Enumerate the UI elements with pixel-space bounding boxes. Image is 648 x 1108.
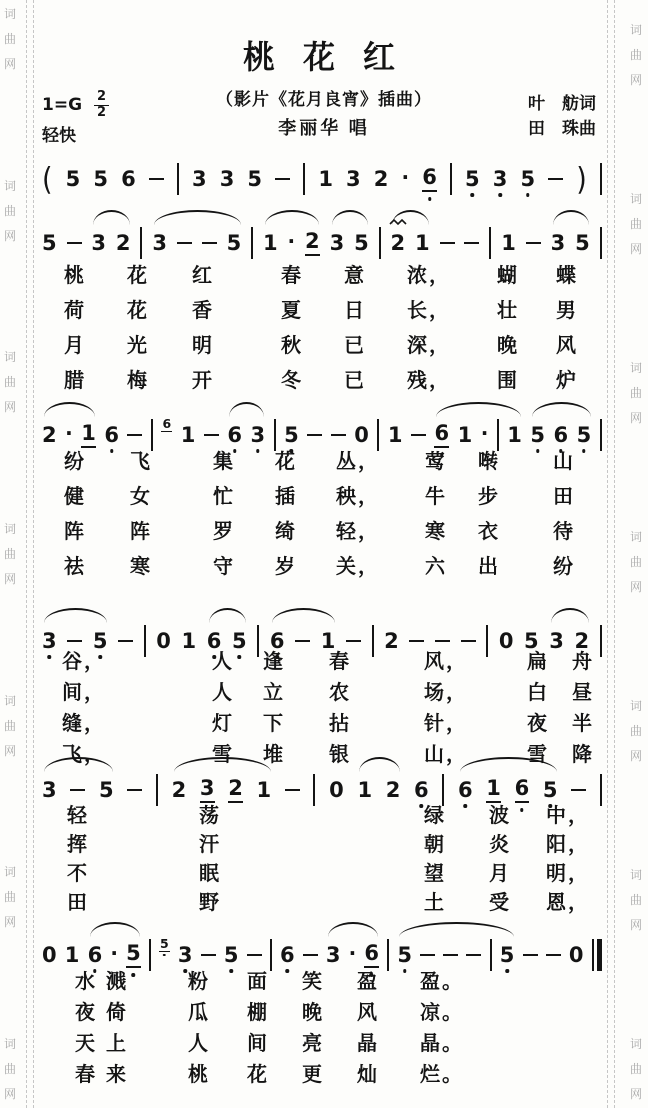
lyric-syllable: 红 bbox=[192, 266, 214, 286]
augmentation-dot: · bbox=[288, 231, 296, 251]
duration-dash bbox=[411, 434, 426, 437]
lyric-syllable: 盈。 bbox=[420, 972, 464, 992]
low-octave-dot bbox=[526, 193, 530, 197]
lyric-syllable: 昼 bbox=[572, 683, 594, 703]
lyric-syllable: 光 bbox=[127, 336, 149, 356]
lyric-syllable: 祛 bbox=[64, 557, 86, 577]
duration-dash bbox=[247, 954, 262, 957]
barline bbox=[151, 419, 153, 451]
lyric-syllable: 波 bbox=[489, 806, 511, 826]
slur-arc bbox=[44, 402, 95, 417]
lyric-syllable: 拈 bbox=[329, 714, 351, 734]
lyric-syllable: 香 bbox=[192, 301, 214, 321]
lyric-syllable: 针， bbox=[424, 714, 468, 734]
music-line: (556335132·6535) bbox=[42, 142, 602, 198]
song-title: 桃 花 红 bbox=[0, 32, 648, 78]
low-octave-dot bbox=[464, 804, 468, 808]
watermark-char: 词 bbox=[4, 180, 16, 192]
watermark-char: 网 bbox=[4, 58, 16, 70]
grace-note: 6 bbox=[161, 418, 172, 433]
lyric-syllable: 风， bbox=[424, 652, 468, 672]
note: 5 bbox=[93, 169, 108, 190]
watermark-text: 词曲网 bbox=[630, 531, 642, 593]
note: 0 bbox=[42, 945, 57, 966]
barline bbox=[140, 227, 142, 259]
lyric-syllable: 长， bbox=[407, 301, 451, 321]
barline bbox=[442, 774, 444, 806]
duration-dash bbox=[275, 178, 290, 181]
lyric-syllable: 花 bbox=[275, 452, 297, 472]
lyric-syllable: 场， bbox=[424, 683, 468, 703]
duration-dash bbox=[546, 954, 561, 957]
note: 6 bbox=[414, 780, 429, 801]
lyric-syllable: 春 bbox=[329, 652, 351, 672]
lyric-syllable: 夏 bbox=[281, 301, 303, 321]
lyric-syllable: 阵 bbox=[64, 522, 86, 542]
sheet-music-page: 词曲网词曲网词曲网词曲网词曲网词曲网词曲网 词曲网词曲网词曲网词曲网词曲网词曲网… bbox=[0, 0, 648, 1108]
note: 1 bbox=[415, 233, 430, 254]
barline bbox=[313, 774, 315, 806]
duration-dash bbox=[204, 434, 219, 437]
lyric-syllable: 缝， bbox=[62, 714, 106, 734]
lyric-syllable: 桃 bbox=[188, 1065, 210, 1085]
note: 3 bbox=[250, 425, 265, 446]
duration-dash bbox=[149, 178, 164, 181]
lyric-syllable: 绿 bbox=[424, 806, 446, 826]
watermark-divider bbox=[614, 0, 615, 1108]
slur-arc bbox=[332, 210, 368, 225]
lyric-syllable: 田 bbox=[553, 487, 575, 507]
lyric-syllable: 月 bbox=[489, 864, 511, 884]
lyric-syllable: 灿 bbox=[357, 1065, 379, 1085]
lyric-syllable: 花 bbox=[127, 266, 149, 286]
lyric-syllable: 残， bbox=[407, 371, 451, 391]
lyric-syllable: 风 bbox=[357, 1003, 379, 1023]
slur-arc bbox=[553, 210, 589, 225]
watermark-char: 网 bbox=[4, 573, 16, 585]
note: 3 bbox=[42, 631, 57, 652]
watermark-char: 词 bbox=[630, 531, 642, 543]
lyric-syllable: 炎 bbox=[489, 835, 511, 855]
slur-arc bbox=[93, 210, 130, 225]
note: 1 bbox=[65, 945, 80, 966]
note: 6 bbox=[458, 780, 473, 801]
notation-row: 3501656120532 bbox=[42, 624, 602, 658]
lyric-syllable: 间 bbox=[247, 1034, 269, 1054]
music-line: 3501656120532 bbox=[42, 604, 602, 660]
slur-arc bbox=[359, 757, 400, 772]
watermark-char: 词 bbox=[630, 362, 642, 374]
lyric-syllable: 白 bbox=[527, 683, 549, 703]
watermark-char: 网 bbox=[4, 401, 16, 413]
barline bbox=[379, 227, 381, 259]
slur-arc bbox=[229, 402, 264, 417]
watermark-char: 网 bbox=[4, 916, 16, 928]
note: 6 bbox=[104, 425, 119, 446]
lyric-syllable: 下 bbox=[263, 714, 285, 734]
lyric-syllable: 恩， bbox=[546, 893, 590, 913]
augmentation-dot: · bbox=[481, 423, 489, 443]
lyric-syllable: 牛 bbox=[425, 487, 447, 507]
note: 5 bbox=[543, 780, 558, 801]
slur-arc bbox=[392, 210, 429, 225]
lyric-syllable: 阳， bbox=[546, 835, 590, 855]
note: 6 bbox=[434, 423, 449, 448]
lyric-syllable: 来 bbox=[106, 1065, 128, 1085]
lyric-syllable: 立 bbox=[263, 683, 285, 703]
note: 3 bbox=[220, 169, 235, 190]
watermark-divider bbox=[607, 0, 608, 1108]
watermark-char: 曲 bbox=[630, 894, 642, 906]
slur-arc bbox=[399, 922, 514, 937]
lyric-syllable: 逢 bbox=[263, 652, 285, 672]
low-octave-dot bbox=[420, 804, 424, 808]
note: 0 bbox=[569, 945, 584, 966]
lyric-syllable: 中， bbox=[546, 806, 590, 826]
note: 1 bbox=[182, 631, 197, 652]
note: 1 bbox=[318, 169, 333, 190]
lyric-syllable: 粉 bbox=[188, 972, 210, 992]
final-barline-thick bbox=[597, 939, 602, 971]
lyric-syllable: 明 bbox=[192, 336, 214, 356]
lyric-syllable: 土 bbox=[424, 893, 446, 913]
barline bbox=[600, 774, 602, 806]
watermark-text: 词曲网 bbox=[4, 180, 16, 242]
music-line: 532351·23521135 bbox=[42, 206, 602, 262]
watermark-text: 词曲网 bbox=[630, 700, 642, 762]
lyric-syllable: 晶 bbox=[357, 1034, 379, 1054]
barline bbox=[387, 939, 389, 971]
watermark-char: 词 bbox=[630, 193, 642, 205]
slur-arc bbox=[551, 608, 589, 623]
duration-dash bbox=[443, 954, 458, 957]
lyric-syllable: 寒 bbox=[425, 522, 447, 542]
lyric-syllable: 舟 bbox=[572, 652, 594, 672]
notation-row: 2·16616350161·1565 bbox=[42, 418, 602, 452]
duration-dash bbox=[67, 640, 82, 643]
note: 5 bbox=[224, 945, 239, 966]
watermark-char: 网 bbox=[630, 243, 642, 255]
lyric-syllable: 花 bbox=[127, 301, 149, 321]
watermark-text: 词曲网 bbox=[630, 193, 642, 255]
slur-arc bbox=[532, 402, 591, 417]
lyric-syllable: 扁 bbox=[527, 652, 549, 672]
lyric-syllable: 人 bbox=[212, 683, 234, 703]
parenthesis: ) bbox=[576, 163, 587, 194]
watermark-text: 词曲网 bbox=[4, 695, 16, 757]
barline bbox=[257, 625, 259, 657]
note: 6 bbox=[422, 167, 437, 192]
barline bbox=[149, 939, 151, 971]
note: 6 bbox=[121, 169, 136, 190]
lyric-syllable: 荡 bbox=[199, 806, 221, 826]
lyric-syllable: 田 bbox=[67, 893, 89, 913]
note: 5 bbox=[397, 945, 412, 966]
lyric-syllable: 山 bbox=[553, 452, 575, 472]
duration-dash bbox=[548, 178, 563, 181]
note: 3 bbox=[551, 233, 566, 254]
lyric-syllable: 人 bbox=[212, 652, 234, 672]
note: 2 bbox=[390, 233, 405, 254]
barline bbox=[144, 625, 146, 657]
lyric-syllable: 野 bbox=[199, 893, 221, 913]
note: 5 bbox=[465, 169, 480, 190]
note: 3 bbox=[493, 169, 508, 190]
watermark-char: 曲 bbox=[630, 218, 642, 230]
watermark-char: 词 bbox=[4, 523, 16, 535]
watermark-text: 词曲网 bbox=[4, 523, 16, 585]
note: 2 bbox=[384, 631, 399, 652]
barline bbox=[600, 227, 602, 259]
lyric-syllable: 人 bbox=[188, 1034, 210, 1054]
lyric-syllable: 眠 bbox=[199, 864, 221, 884]
barline bbox=[270, 939, 272, 971]
note: 1 bbox=[181, 425, 196, 446]
low-octave-dot bbox=[238, 655, 242, 659]
lyric-syllable: 晚 bbox=[497, 336, 519, 356]
watermark-text: 词曲网 bbox=[4, 866, 16, 928]
lyric-syllable: 堆 bbox=[263, 745, 285, 765]
barline bbox=[372, 625, 374, 657]
barline bbox=[450, 163, 452, 195]
watermark-char: 网 bbox=[630, 750, 642, 762]
low-octave-dot bbox=[520, 808, 524, 812]
note: 1 bbox=[388, 425, 403, 446]
watermark-char: 曲 bbox=[4, 548, 16, 560]
duration-dash bbox=[127, 789, 142, 792]
lyric-syllable: 晚 bbox=[302, 1003, 324, 1023]
note: 5 bbox=[66, 169, 81, 190]
lyric-syllable: 蝶 bbox=[556, 266, 578, 286]
final-barline bbox=[592, 939, 602, 971]
barline bbox=[489, 227, 491, 259]
lyric-syllable: 男 bbox=[556, 301, 578, 321]
lyric-syllable: 开 bbox=[192, 371, 214, 391]
note: 5 bbox=[126, 943, 141, 968]
music-line: 016·553563·6550 bbox=[42, 918, 602, 974]
lyric-syllable: 秧， bbox=[336, 487, 380, 507]
lyric-syllable: 莺 bbox=[425, 452, 447, 472]
watermark-char: 曲 bbox=[4, 720, 16, 732]
lyric-syllable: 降 bbox=[572, 745, 594, 765]
watermark-divider bbox=[26, 0, 27, 1108]
lyric-syllable: 日 bbox=[344, 301, 366, 321]
note: 3 bbox=[91, 233, 106, 254]
duration-dash bbox=[571, 789, 586, 792]
note: 2 bbox=[305, 231, 320, 256]
note: 2 bbox=[172, 780, 187, 801]
low-octave-dot bbox=[48, 655, 52, 659]
note: 5 bbox=[247, 169, 262, 190]
lyric-syllable: 花 bbox=[247, 1065, 269, 1085]
barline bbox=[600, 419, 602, 451]
lyric-syllable: 溅 bbox=[106, 972, 128, 992]
watermark-char: 词 bbox=[4, 866, 16, 878]
note: 6 bbox=[88, 945, 103, 966]
slur-arc bbox=[436, 402, 521, 417]
note: 6 bbox=[364, 943, 379, 968]
low-octave-dot bbox=[132, 973, 136, 977]
low-octave-dot bbox=[163, 954, 166, 957]
lyric-syllable: 朝 bbox=[424, 835, 446, 855]
barline bbox=[600, 625, 602, 657]
watermark-char: 网 bbox=[630, 919, 642, 931]
duration-dash bbox=[461, 640, 476, 643]
watermark-char: 曲 bbox=[630, 556, 642, 568]
note: 6 bbox=[280, 945, 295, 966]
note: 2 bbox=[116, 233, 131, 254]
watermark-text: 词曲网 bbox=[630, 362, 642, 424]
lyric-syllable: 轻， bbox=[336, 522, 380, 542]
lyric-syllable: 健 bbox=[64, 487, 86, 507]
duration-dash bbox=[67, 242, 82, 245]
low-octave-dot bbox=[471, 193, 475, 197]
slur-arc bbox=[328, 922, 378, 937]
augmentation-dot: · bbox=[401, 167, 409, 187]
lyric-syllable: 出 bbox=[478, 557, 500, 577]
watermark-char: 曲 bbox=[630, 725, 642, 737]
note: 3 bbox=[178, 945, 193, 966]
note: 1 bbox=[501, 233, 516, 254]
watermark-char: 词 bbox=[4, 1038, 16, 1050]
watermark-char: 词 bbox=[4, 695, 16, 707]
duration-dash bbox=[435, 640, 450, 643]
watermark-char: 网 bbox=[630, 412, 642, 424]
lyric-syllable: 岁 bbox=[275, 557, 297, 577]
lyric-syllable: 盈 bbox=[357, 972, 379, 992]
watermark-char: 词 bbox=[630, 1038, 642, 1050]
watermark-char: 网 bbox=[4, 1088, 16, 1100]
lyric-syllable: 春 bbox=[281, 266, 303, 286]
note: 1 bbox=[357, 780, 372, 801]
lyric-syllable: 夜 bbox=[75, 1003, 97, 1023]
lyric-syllable: 棚 bbox=[247, 1003, 269, 1023]
lyric-syllable: 关， bbox=[336, 557, 380, 577]
lyric-syllable: 挥 bbox=[67, 835, 89, 855]
lyric-syllable: 不 bbox=[67, 864, 89, 884]
notation-row: 016·553563·6550 bbox=[42, 938, 602, 972]
lyric-syllable: 啭 bbox=[478, 452, 500, 472]
lyric-syllable: 夜 bbox=[527, 714, 549, 734]
lyric-syllable: 山， bbox=[424, 745, 468, 765]
notation-row: (556335132·6535) bbox=[42, 162, 602, 196]
lyric-syllable: 月 bbox=[64, 336, 86, 356]
watermark-char: 网 bbox=[4, 745, 16, 757]
watermark-char: 曲 bbox=[4, 33, 16, 45]
lyric-syllable: 守 bbox=[213, 557, 235, 577]
duration-dash bbox=[331, 434, 346, 437]
watermark-char: 词 bbox=[630, 24, 642, 36]
lyric-syllable: 待 bbox=[553, 522, 575, 542]
low-octave-dot bbox=[498, 193, 502, 197]
barline bbox=[251, 227, 253, 259]
note: 2 bbox=[575, 631, 590, 652]
notation-row: 532351·23521135 bbox=[42, 226, 602, 260]
note: 1 bbox=[321, 631, 336, 652]
low-octave-dot bbox=[403, 969, 407, 973]
time-signature-numerator: 2 bbox=[94, 90, 109, 106]
watermark-char: 曲 bbox=[4, 205, 16, 217]
lyric-syllable: 荷 bbox=[64, 301, 86, 321]
lyric-syllable: 灯 bbox=[212, 714, 234, 734]
low-octave-dot bbox=[183, 969, 187, 973]
lyric-syllable: 壮 bbox=[497, 301, 519, 321]
note: 3 bbox=[152, 233, 167, 254]
watermark-char: 网 bbox=[630, 1088, 642, 1100]
slur-arc bbox=[44, 608, 107, 623]
lyric-syllable: 六 bbox=[425, 557, 447, 577]
note: 5 bbox=[284, 425, 299, 446]
barline bbox=[274, 419, 276, 451]
music-line: 35232101266165 bbox=[42, 753, 602, 809]
lyric-syllable: 雪 bbox=[212, 745, 234, 765]
duration-dash bbox=[285, 789, 300, 792]
lyric-syllable: 春 bbox=[75, 1065, 97, 1085]
duration-dash bbox=[466, 954, 481, 957]
duration-dash bbox=[420, 954, 435, 957]
note: 0 bbox=[329, 780, 344, 801]
slur-arc bbox=[265, 210, 319, 225]
watermark-text: 词曲网 bbox=[630, 869, 642, 931]
lyric-syllable: 纷 bbox=[553, 557, 575, 577]
music-line: 2·16616350161·1565 bbox=[42, 398, 602, 454]
low-octave-dot bbox=[582, 449, 586, 453]
watermark-char: 网 bbox=[630, 581, 642, 593]
duration-dash bbox=[307, 434, 322, 437]
barline bbox=[377, 419, 379, 451]
barline bbox=[177, 163, 179, 195]
watermark-text: 词曲网 bbox=[4, 351, 16, 413]
lyric-syllable: 更 bbox=[302, 1065, 324, 1085]
lyric-syllable: 插 bbox=[275, 487, 297, 507]
lyric-syllable: 银 bbox=[329, 745, 351, 765]
lyric-syllable: 轻 bbox=[67, 806, 89, 826]
note: 0 bbox=[156, 631, 171, 652]
lyricist-credit: 叶 舫词 bbox=[528, 92, 596, 117]
note: 6 bbox=[515, 778, 530, 803]
lyric-syllable: 汗 bbox=[199, 835, 221, 855]
lyric-syllable: 女 bbox=[130, 487, 152, 507]
augmentation-dot: · bbox=[65, 423, 73, 443]
note: 5 bbox=[227, 233, 242, 254]
lyric-syllable: 间， bbox=[62, 683, 106, 703]
lyric-syllable: 凉。 bbox=[420, 1003, 464, 1023]
lyric-syllable: 步 bbox=[478, 487, 500, 507]
duration-dash bbox=[127, 434, 142, 437]
note: 3 bbox=[326, 945, 341, 966]
lyric-syllable: 谷， bbox=[62, 652, 106, 672]
note: 5 bbox=[500, 945, 515, 966]
lyric-syllable: 已 bbox=[344, 336, 366, 356]
note: 5 bbox=[524, 631, 539, 652]
watermark-char: 曲 bbox=[630, 1063, 642, 1075]
watermark-column-left: 词曲网词曲网词曲网词曲网词曲网词曲网词曲网 bbox=[4, 0, 16, 1108]
note: 3 bbox=[549, 631, 564, 652]
lyric-syllable: 绮 bbox=[275, 522, 297, 542]
duration-dash bbox=[440, 242, 455, 245]
note: 1 bbox=[257, 780, 272, 801]
watermark-text: 词曲网 bbox=[630, 24, 642, 86]
note: 5 bbox=[575, 233, 590, 254]
lyric-syllable: 飞， bbox=[62, 745, 106, 765]
lyric-syllable: 冬 bbox=[281, 371, 303, 391]
duration-dash bbox=[118, 640, 133, 643]
duration-dash bbox=[523, 954, 538, 957]
note: 5 bbox=[530, 425, 545, 446]
slur-arc bbox=[272, 608, 335, 623]
note: 2 bbox=[228, 778, 243, 803]
duration-dash bbox=[526, 242, 541, 245]
